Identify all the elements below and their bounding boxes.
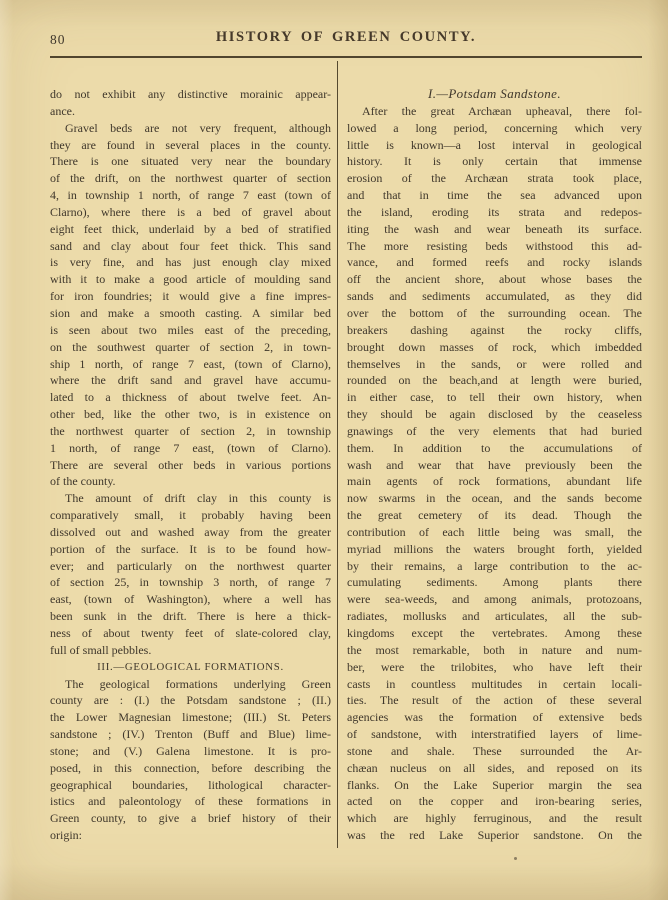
text-line: dissolved out and washed away from the g… (50, 524, 331, 541)
text-line: do not exhibit any distinctive morainic … (50, 86, 331, 103)
text-line: themselves in the sands, or were rolled … (347, 356, 642, 373)
text-line: on the southwest quarter of section 2, i… (50, 339, 331, 356)
text-line: was the red Lake Superior sandstone. On … (347, 827, 642, 844)
text-line: radiates, mollusks and articulates, all … (347, 608, 642, 625)
text-line: the northwest quarter of section 2, in t… (50, 423, 331, 440)
section-heading: III.—GEOLOGICAL FORMATIONS. (50, 659, 331, 676)
text-line: is very fine, and has just enough clay m… (50, 254, 331, 271)
text-line: Green county, to give a brief history of… (50, 810, 331, 827)
text-line: sand and clay about four feet thick. Thi… (50, 238, 331, 255)
text-line: 4, in township 1 north, of range 7 east … (50, 187, 331, 204)
text-line: of section 25, in township 3 north, of r… (50, 574, 331, 591)
text-line: agencies was the formation of extensive … (347, 709, 642, 726)
text-line: in either case, to tell their own histor… (347, 389, 642, 406)
text-line: ever; and particularly on the northwest … (50, 558, 331, 575)
text-line: After the great Archæan upheaval, there … (347, 103, 642, 120)
text-line: other bed, like the other two, is in exi… (50, 406, 331, 423)
text-line: There is one situated very near the boun… (50, 153, 331, 170)
text-line: stone and shale. These surrounded the Ar… (347, 743, 642, 760)
text-line: were sea-weeds, and among animals, proto… (347, 591, 642, 608)
text-line: the great cemetery of its dead. Though t… (347, 507, 642, 524)
text-line: ance. (50, 103, 331, 120)
text-line: casts in countless multitudes in certain… (347, 676, 642, 693)
text-line: chæan nucleus on all sides, and reposed … (347, 760, 642, 777)
page-header: 80 HISTORY OF GREEN COUNTY. (50, 29, 642, 49)
text-line: ness of about twenty feet of slate-color… (50, 625, 331, 642)
text-line: There are several other beds in various … (50, 457, 331, 474)
text-line: lowed a long period, concerning which ve… (347, 120, 642, 137)
text-line: for iron foundries; it would give a fine… (50, 288, 331, 305)
text-line: full of small pebbles. (50, 642, 331, 659)
text-line: vance, and formed reefs and rocky island… (347, 254, 642, 271)
page-content: 80 HISTORY OF GREEN COUNTY. do not exhib… (50, 0, 642, 900)
text-line: contribution of each little being was sm… (347, 524, 642, 541)
text-line: them. In addition to the accumulations o… (347, 440, 642, 457)
text-line: sandstone ; (IV.) Trenton (Buff and Blue… (50, 726, 331, 743)
text-line: gnawings of the very elements that had b… (347, 423, 642, 440)
text-line: of the county. (50, 473, 331, 490)
text-line: geographical boundaries, lithological ch… (50, 777, 331, 794)
text-line: county are : (I.) the Potsdam sandstone … (50, 692, 331, 709)
text-line: brought down masses of rock, which imbed… (347, 339, 642, 356)
text-line: The more resisting beds withstood this a… (347, 238, 642, 255)
text-line: portion of the surface. It is to be foun… (50, 541, 331, 558)
text-line: Gravel beds are not very frequent, altho… (50, 120, 331, 137)
section-heading: I.—Potsdam Sandstone. (347, 86, 642, 103)
text-line: main agents of rock formations, abundant… (347, 473, 642, 490)
text-line: flanks. On the Lake Superior margin the … (347, 777, 642, 794)
text-line: sands and sediments accumulated, as they… (347, 288, 642, 305)
text-line: off the ancient shore, about whose bases… (347, 271, 642, 288)
text-line: little is known—a lost interval in geolo… (347, 137, 642, 154)
text-line: they should be again disclosed by the ce… (347, 406, 642, 423)
text-line: by their remains, a large contribution t… (347, 558, 642, 575)
text-line: ties. The result of the action of these … (347, 692, 642, 709)
text-line: is seen about two miles east of the prec… (50, 322, 331, 339)
text-line: comparatively small, it probably having … (50, 507, 331, 524)
text-line: The amount of drift clay in this county … (50, 490, 331, 507)
text-line: breakers dashing against the rocky cliff… (347, 322, 642, 339)
text-line: where the drift sand and gravel have acc… (50, 372, 331, 389)
text-line: of sandstone, with interstratified layer… (347, 726, 642, 743)
text-line: lated to a thickness of about twelve fee… (50, 389, 331, 406)
text-line: sion and make a smooth casting. A simila… (50, 305, 331, 322)
text-line: stone; and (V.) Galena limestone. It is … (50, 743, 331, 760)
book-page: 80 HISTORY OF GREEN COUNTY. do not exhib… (0, 0, 668, 900)
text-line: and that in time the sea advanced upon (347, 187, 642, 204)
text-line: kingdoms except the vertebrates. Among t… (347, 625, 642, 642)
text-line: the most remarkable, both in nature and … (347, 642, 642, 659)
text-line: which are highly ferruginous, and the re… (347, 810, 642, 827)
text-line: been sunk in the drift. There is here a … (50, 608, 331, 625)
header-rule (50, 56, 642, 58)
text-line: the Lower Magnesian limestone; (III.) St… (50, 709, 331, 726)
text-line: the island, eroding its strata and redep… (347, 204, 642, 221)
left-column: do not exhibit any distinctive morainic … (50, 86, 331, 844)
text-line: east, (town of Washington), where a well… (50, 591, 331, 608)
ink-speck-artifact (514, 857, 517, 860)
text-line: rounded on the beach,and at length were … (347, 372, 642, 389)
text-line: cumulating sediments. Among plants there (347, 574, 642, 591)
text-line: ship 1 north, of range 7 east, (town of … (50, 356, 331, 373)
text-line: over the bottom of the surrounding ocean… (347, 305, 642, 322)
running-title: HISTORY OF GREEN COUNTY. (50, 29, 642, 46)
text-line: eight feet thick, underlaid by a bed of … (50, 221, 331, 238)
text-line: wash and wear that have previously been … (347, 457, 642, 474)
text-line: myriad millions the waters brought forth… (347, 541, 642, 558)
right-column: I.—Potsdam Sandstone.After the great Arc… (347, 86, 642, 844)
text-line: of the drift, on the northwest quarter o… (50, 170, 331, 187)
text-line: they are found in several places in the … (50, 137, 331, 154)
text-line: with it to make a good article of mouldi… (50, 271, 331, 288)
text-line: ber, were the trilobites, who have left … (347, 659, 642, 676)
text-line: Clarno), where there is a bed of gravel … (50, 204, 331, 221)
text-line: posed, in this connection, before descri… (50, 760, 331, 777)
text-line: history. It is only certain that immense (347, 153, 642, 170)
text-line: acted on the copper and iron-bearing ser… (347, 793, 642, 810)
text-line: iting the wash and wear beneath its surf… (347, 221, 642, 238)
text-line: istics and paleontology of these formati… (50, 793, 331, 810)
text-line: erosion of the Archæan strata took place… (347, 170, 642, 187)
page-number: 80 (50, 32, 66, 48)
text-line: The geological formations underlying Gre… (50, 676, 331, 693)
text-line: now swarms in the ocean, and the sands b… (347, 490, 642, 507)
text-line: 1 north, of range 7 east, (town of Clarn… (50, 440, 331, 457)
text-line: origin: (50, 827, 331, 844)
column-divider-rule (337, 61, 338, 848)
